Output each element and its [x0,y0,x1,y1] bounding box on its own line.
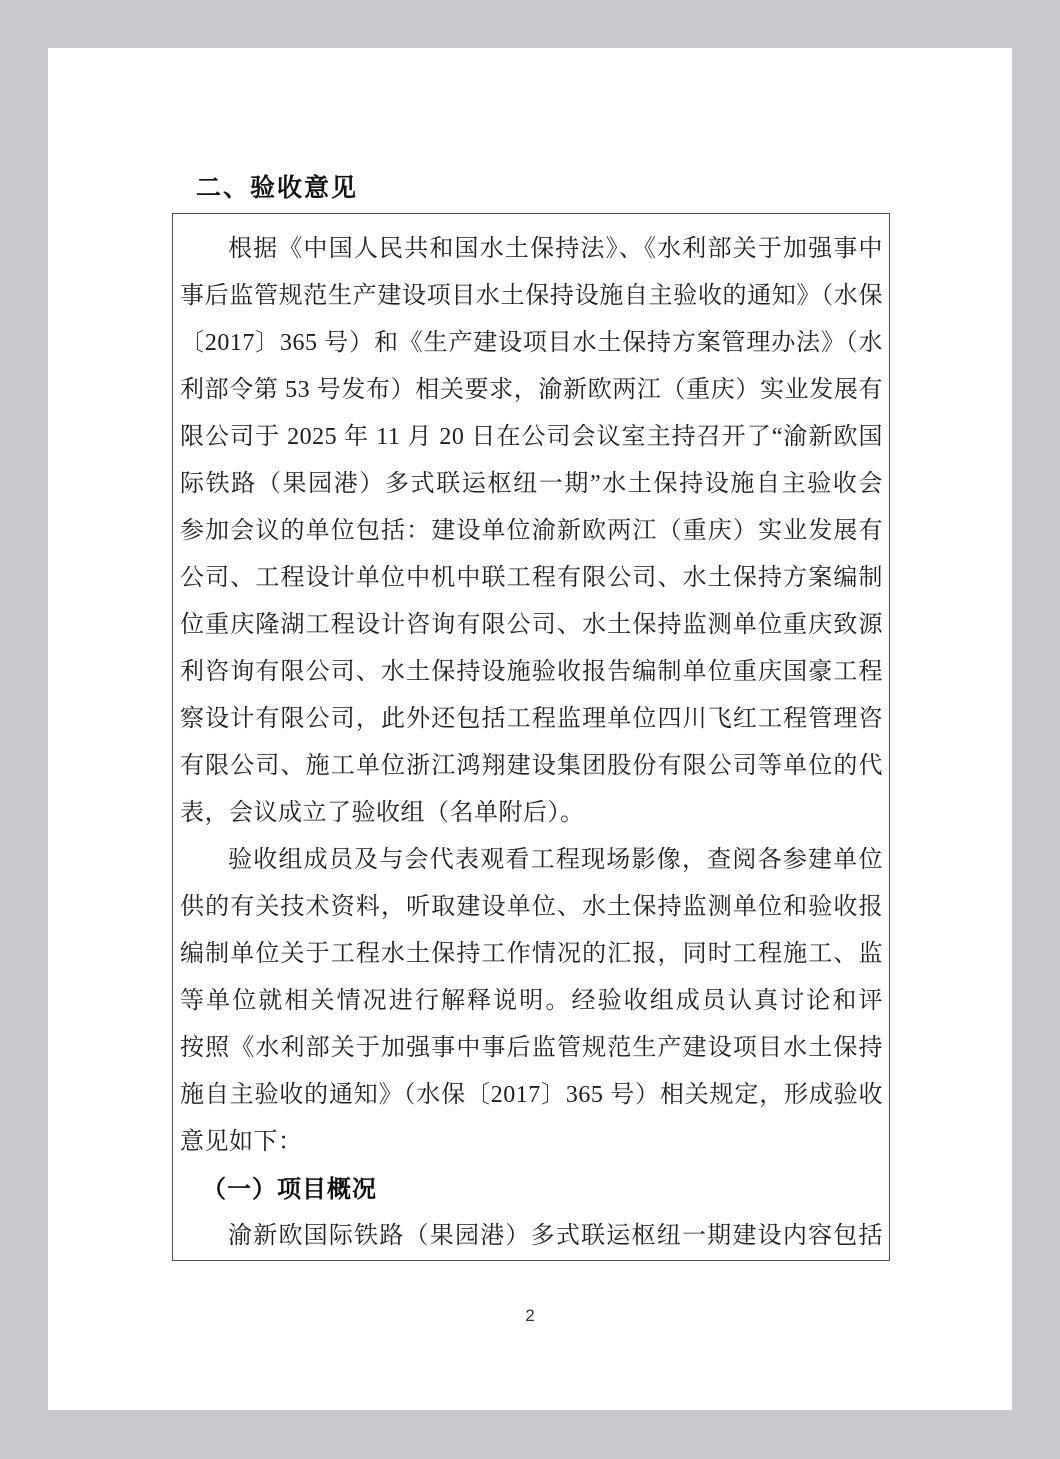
text-line: 供的有关技术资料，听取建设单位、水土保持监测单位和验收报告 [180,884,883,931]
viewer-background: 二、验收意见 根据《中国人民共和国水土保持法》、《水利部关于加强事中 事后监管规… [0,0,1060,1459]
text-line: 渝新欧国际铁路（果园港）多式联运枢纽一期建设内容包括新 [180,1213,883,1260]
text-line: 〔2017〕365 号）和《生产建设项目水土保持方案管理办法》（水 [180,320,883,367]
document-page: 二、验收意见 根据《中国人民共和国水土保持法》、《水利部关于加强事中 事后监管规… [48,48,1012,1410]
text-line: 利部令第 53 号发布）相关要求，渝新欧两江（重庆）实业发展有 [180,367,883,414]
content-box: 根据《中国人民共和国水土保持法》、《水利部关于加强事中 事后监管规范生产建设项目… [172,213,890,1261]
text-line: 参加会议的单位包括：建设单位渝新欧两江（重庆）实业发展有限 [180,508,883,555]
text-line: 根据《中国人民共和国水土保持法》、《水利部关于加强事中 [180,226,883,273]
subsection-heading: （一）项目概况 [180,1166,883,1213]
text-line: 公司、工程设计单位中机中联工程有限公司、水土保持方案编制单 [180,555,883,602]
text-line: 意见如下： [180,1119,883,1166]
text-line: 位重庆隆湖工程设计咨询有限公司、水土保持监测单位重庆致源水 [180,602,883,649]
section-heading: 二、验收意见 [196,168,358,204]
text-line: 验收组成员及与会代表观看工程现场影像，查阅各参建单位提 [180,837,883,884]
text-line: 编制单位关于工程水土保持工作情况的汇报，同时工程施工、监理 [180,931,883,978]
text-line: 施自主验收的通知》（水保〔2017〕365 号）相关规定，形成验收 [180,1072,883,1119]
text-line: 事后监管规范生产建设项目水土保持设施自主验收的通知》（水保 [180,273,883,320]
text-line: 限公司于 2025 年 11 月 20 日在公司会议室主持召开了“渝新欧国 [180,414,883,461]
text-line: 表，会议成立了验收组（名单附后）。 [180,790,883,837]
page-number: 2 [48,1306,1012,1326]
text-line: 按照《水利部关于加强事中事后监管规范生产建设项目水土保持设 [180,1025,883,1072]
text-line: 等单位就相关情况进行解释说明。经验收组成员认真讨论和评议， [180,978,883,1025]
text-line: 察设计有限公司，此外还包括工程监理单位四川飞红工程管理咨询 [180,696,883,743]
text-line: 利咨询有限公司、水土保持设施验收报告编制单位重庆国豪工程勘 [180,649,883,696]
text-line: 有限公司、施工单位浙江鸿翔建设集团股份有限公司等单位的代 [180,743,883,790]
text-line: 际铁路（果园港）多式联运枢纽一期”水土保持设施自主验收会议。 [180,461,883,508]
